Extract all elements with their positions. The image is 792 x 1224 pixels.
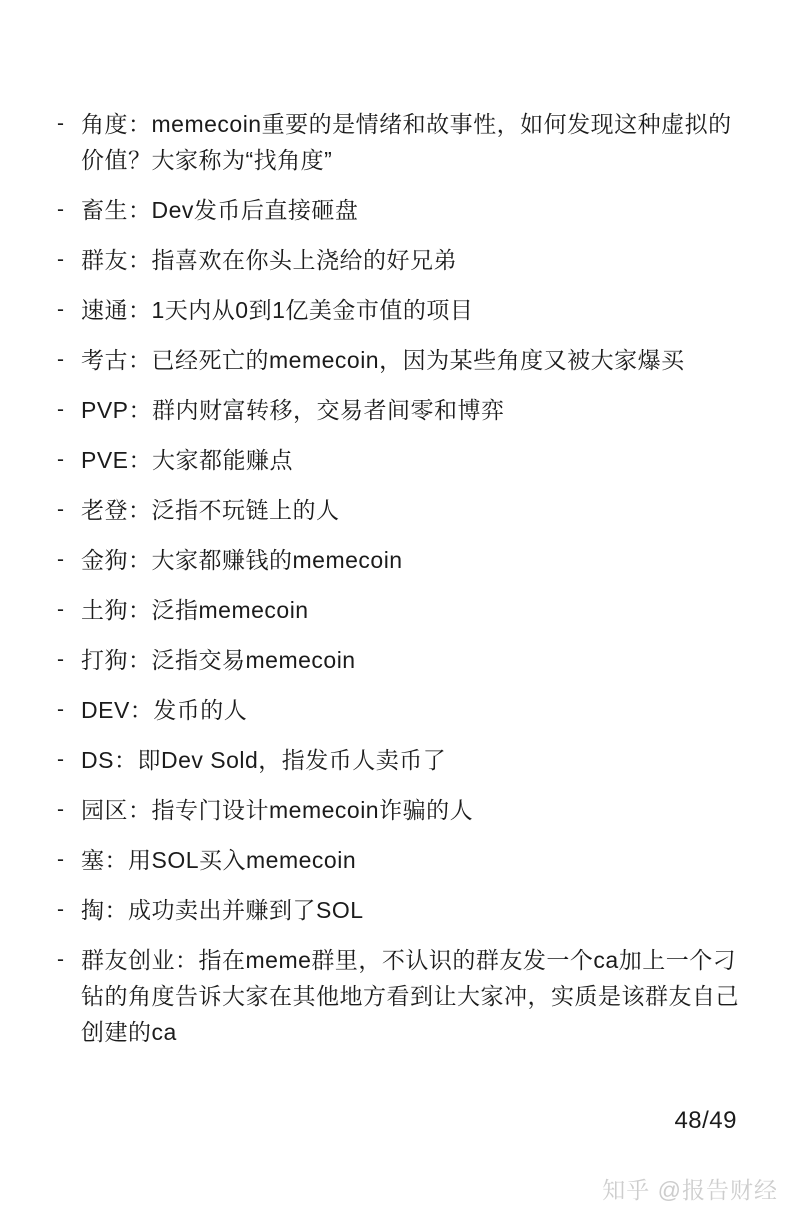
term-definition: 发币的人 — [153, 697, 247, 723]
term-definition: 大家都能赚点 — [152, 447, 293, 473]
item-text: 塞：用SOL买入memecoin — [81, 842, 742, 878]
list-item: - 群友创业：指在meme群里，不认识的群友发一个ca加上一个刁钻的角度告诉大家… — [57, 942, 742, 1050]
bullet-dash: - — [57, 192, 81, 228]
bullet-dash: - — [57, 892, 81, 928]
term-definition: 泛指不玩链上的人 — [152, 497, 340, 523]
term-label: 掏： — [81, 897, 128, 923]
list-item: - 群友：指喜欢在你头上浇给的好兄弟 — [57, 242, 742, 278]
bullet-dash: - — [57, 592, 81, 628]
bullet-dash: - — [57, 242, 81, 278]
item-text: 畜生：Dev发币后直接砸盘 — [81, 192, 742, 228]
item-text: DS：即Dev Sold，指发币人卖币了 — [81, 742, 742, 778]
bullet-dash: - — [57, 942, 81, 978]
bullet-dash: - — [57, 542, 81, 578]
list-item: - 塞：用SOL买入memecoin — [57, 842, 742, 878]
item-text: 群友创业：指在meme群里，不认识的群友发一个ca加上一个刁钻的角度告诉大家在其… — [81, 942, 742, 1050]
bullet-dash: - — [57, 842, 81, 878]
page-number: 48/49 — [674, 1108, 737, 1134]
term-definition: 泛指交易memecoin — [152, 647, 356, 673]
list-item: - 打狗：泛指交易memecoin — [57, 642, 742, 678]
term-label: 畜生： — [81, 197, 152, 223]
list-item: - 老登：泛指不玩链上的人 — [57, 492, 742, 528]
list-item: - 金狗：大家都赚钱的memecoin — [57, 542, 742, 578]
item-text: 考古：已经死亡的memecoin，因为某些角度又被大家爆买 — [81, 342, 742, 378]
item-text: 群友：指喜欢在你头上浇给的好兄弟 — [81, 242, 742, 278]
term-definition: 1天内从0到1亿美金市值的项目 — [152, 297, 474, 323]
list-item: - DS：即Dev Sold，指发币人卖币了 — [57, 742, 742, 778]
term-label: PVE： — [81, 447, 152, 473]
term-label: 群友创业： — [81, 947, 199, 973]
bullet-dash: - — [57, 342, 81, 378]
list-item: - PVE：大家都能赚点 — [57, 442, 742, 478]
list-item: - 考古：已经死亡的memecoin，因为某些角度又被大家爆买 — [57, 342, 742, 378]
term-definition: 泛指memecoin — [152, 597, 309, 623]
list-item: - PVP：群内财富转移，交易者间零和博弈 — [57, 392, 742, 428]
item-text: DEV：发币的人 — [81, 692, 742, 728]
item-text: 土狗：泛指memecoin — [81, 592, 742, 628]
list-item: - 速通：1天内从0到1亿美金市值的项目 — [57, 292, 742, 328]
term-definition: 指专门设计memecoin诈骗的人 — [152, 797, 474, 823]
list-item: - 园区：指专门设计memecoin诈骗的人 — [57, 792, 742, 828]
term-label: 速通： — [81, 297, 152, 323]
item-text: 角度：memecoin重要的是情绪和故事性，如何发现这种虚拟的价值？大家称为“找… — [81, 106, 742, 178]
list-item: - 畜生：Dev发币后直接砸盘 — [57, 192, 742, 228]
bullet-dash: - — [57, 692, 81, 728]
item-text: 园区：指专门设计memecoin诈骗的人 — [81, 792, 742, 828]
glossary-list: - 角度：memecoin重要的是情绪和故事性，如何发现这种虚拟的价值？大家称为… — [0, 106, 792, 1064]
term-label: 塞： — [81, 847, 128, 873]
term-definition: Dev发币后直接砸盘 — [152, 197, 359, 223]
bullet-dash: - — [57, 492, 81, 528]
document-page: - 角度：memecoin重要的是情绪和故事性，如何发现这种虚拟的价值？大家称为… — [0, 0, 792, 1224]
term-definition: 用SOL买入memecoin — [128, 847, 356, 873]
term-label: 园区： — [81, 797, 152, 823]
bullet-dash: - — [57, 442, 81, 478]
term-label: 角度： — [81, 111, 152, 137]
item-text: PVE：大家都能赚点 — [81, 442, 742, 478]
bullet-dash: - — [57, 742, 81, 778]
term-label: 群友： — [81, 247, 152, 273]
term-label: DEV： — [81, 697, 153, 723]
list-item: - 掏：成功卖出并赚到了SOL — [57, 892, 742, 928]
list-item: - DEV：发币的人 — [57, 692, 742, 728]
item-text: 打狗：泛指交易memecoin — [81, 642, 742, 678]
bullet-dash: - — [57, 106, 81, 142]
term-definition: 成功卖出并赚到了SOL — [128, 897, 364, 923]
term-label: 金狗： — [81, 547, 152, 573]
term-definition: 已经死亡的memecoin，因为某些角度又被大家爆买 — [152, 347, 685, 373]
list-item: - 角度：memecoin重要的是情绪和故事性，如何发现这种虚拟的价值？大家称为… — [57, 106, 742, 178]
term-definition: 即Dev Sold，指发币人卖币了 — [137, 747, 446, 773]
bullet-dash: - — [57, 292, 81, 328]
term-definition: 大家都赚钱的memecoin — [152, 547, 403, 573]
term-definition: memecoin重要的是情绪和故事性，如何发现这种虚拟的价值？大家称为“找角度” — [81, 111, 732, 173]
bullet-dash: - — [57, 642, 81, 678]
term-label: 老登： — [81, 497, 152, 523]
term-label: 土狗： — [81, 597, 152, 623]
item-text: PVP：群内财富转移，交易者间零和博弈 — [81, 392, 742, 428]
zhihu-watermark: 知乎 @报告财经 — [602, 1176, 778, 1204]
item-text: 掏：成功卖出并赚到了SOL — [81, 892, 742, 928]
term-definition: 指喜欢在你头上浇给的好兄弟 — [152, 247, 458, 273]
bullet-dash: - — [57, 392, 81, 428]
term-label: DS： — [81, 747, 137, 773]
item-text: 老登：泛指不玩链上的人 — [81, 492, 742, 528]
term-label: 打狗： — [81, 647, 152, 673]
term-label: 考古： — [81, 347, 152, 373]
list-item: - 土狗：泛指memecoin — [57, 592, 742, 628]
item-text: 金狗：大家都赚钱的memecoin — [81, 542, 742, 578]
item-text: 速通：1天内从0到1亿美金市值的项目 — [81, 292, 742, 328]
bullet-dash: - — [57, 792, 81, 828]
term-label: PVP： — [81, 397, 152, 423]
term-definition: 群内财富转移，交易者间零和博弈 — [152, 397, 505, 423]
